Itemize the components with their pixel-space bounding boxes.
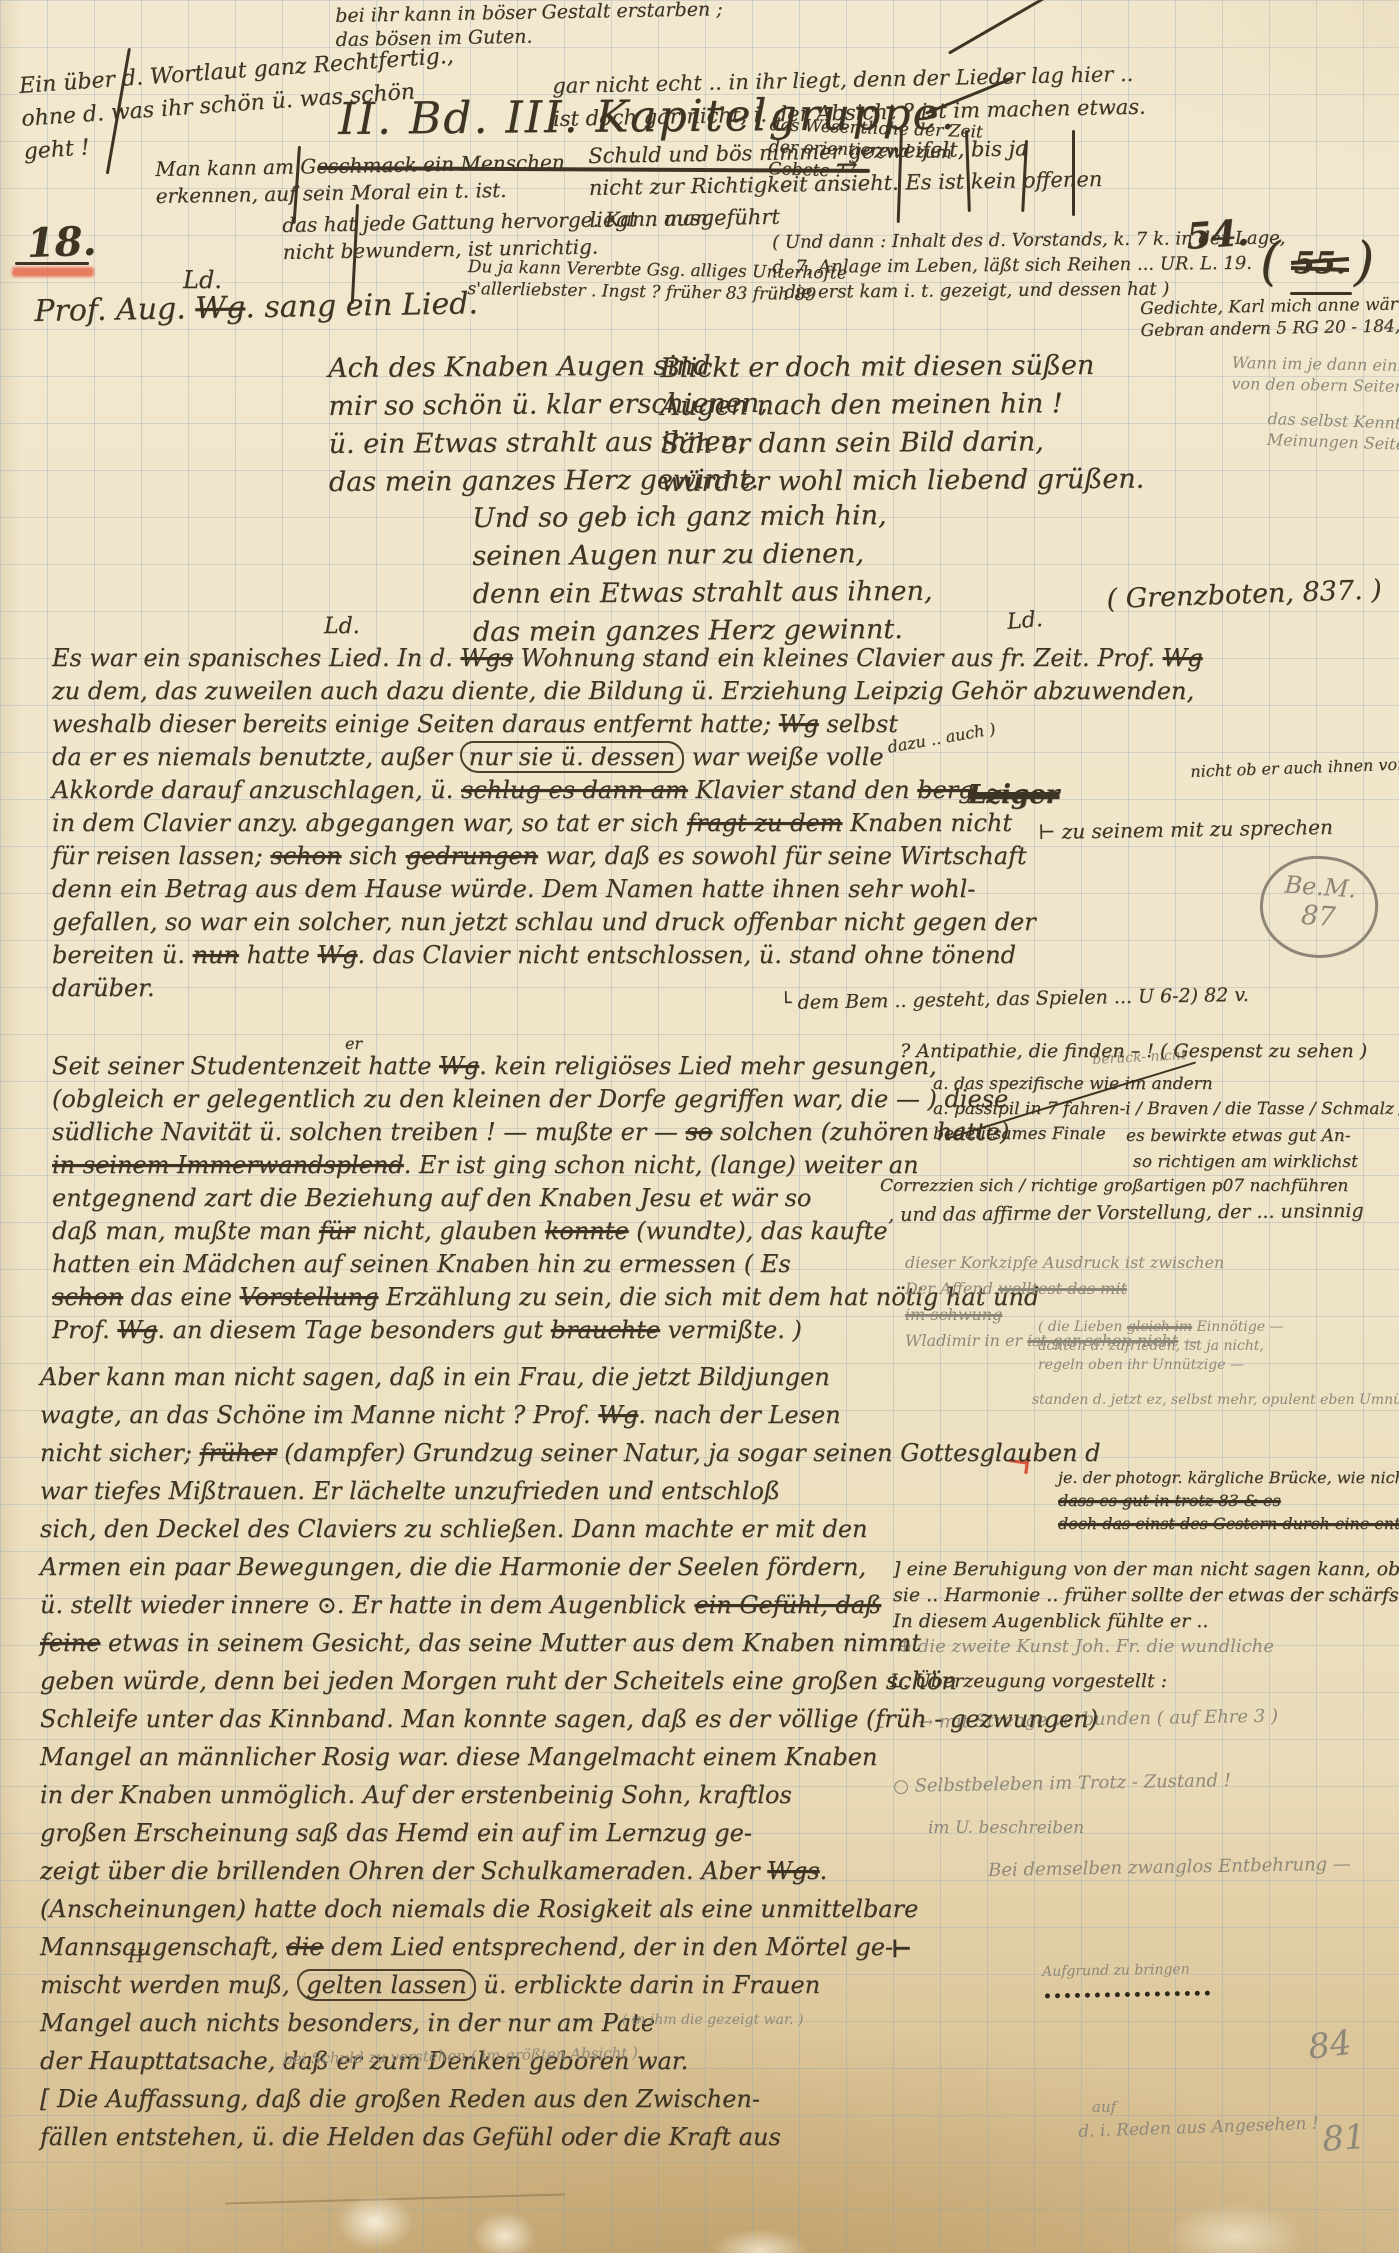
handwritten-line: Seit seiner Studentenzeit hatte Wg. kein… bbox=[52, 1050, 1039, 1083]
handwritten-line: Säh er dann sein Bild darin, bbox=[661, 423, 1145, 464]
crossed-number: 55. bbox=[1294, 246, 1346, 281]
handwritten-line: (obgleich er gelegentlich zu den kleinen… bbox=[52, 1083, 1039, 1116]
handwritten-line: Schleife unter das Kinnband. Man konnte … bbox=[40, 1700, 1100, 1738]
heavily-crossed-word: Lziger bbox=[968, 780, 1059, 810]
handwritten-line: [ Die Auffassung, daß die großen Reden a… bbox=[40, 2080, 1100, 2118]
handwritten-line: Aber kann man nicht sagen, daß in ein Fr… bbox=[40, 1358, 1100, 1396]
deletion-stroke bbox=[1072, 130, 1075, 216]
handwritten-line: in dem Clavier anzy. abgegangen war, so … bbox=[52, 807, 1203, 840]
handwritten-line: achten d. zufrieden, ist ja nicht, bbox=[1038, 1337, 1284, 1356]
page-number-81: 81 bbox=[1321, 2117, 1367, 2160]
intro-line: Prof. Aug. Wg. sang ein Lied. bbox=[34, 286, 478, 329]
handwritten-line: für reisen lassen; schon sich gedrungen … bbox=[52, 840, 1203, 873]
page-number-84: 84 bbox=[1306, 2023, 1354, 2068]
handwritten-line: bereiten ü. nun hatte Wg. das Clavier ni… bbox=[52, 939, 1203, 972]
handwritten-line: denn ein Etwas strahlt aus ihnen, bbox=[473, 573, 933, 614]
diagonal-deletion-stroke bbox=[948, 0, 1079, 55]
handwritten-line: Gebran andern 5 RG 20 - 184, 83 bbox=[1140, 315, 1399, 342]
handwritten-line: ( die Lieben gleich im Einnötige — bbox=[1038, 1318, 1284, 1337]
handwritten-line: Armen ein paar Bewegungen, die die Harmo… bbox=[40, 1548, 1100, 1586]
handwritten-line: Mannsaugenschaft, die dem Lied entsprech… bbox=[40, 1928, 1100, 1966]
handwritten-line: nicht sicher; früher (dampfer) Grundzug … bbox=[40, 1434, 1100, 1472]
right-note: a. passipil in 7 fahren-i / Braven / die… bbox=[933, 1099, 1399, 1119]
section-number-red-underline bbox=[12, 267, 94, 277]
right-small-annotation: das Wesentliche der Zeitder orientierend… bbox=[768, 114, 983, 187]
handwritten-line: Blickt er doch mit diesen süßen bbox=[660, 347, 1144, 388]
folio-number-new: 54. bbox=[1185, 212, 1250, 258]
main-paragraph-1: Es war ein spanisches Lied. In d. Wgs Wo… bbox=[52, 642, 1203, 1005]
superscript-correction: Ld. bbox=[324, 614, 360, 639]
handwritten-line: schon das eine Vorstellung Erzählung zu … bbox=[52, 1281, 1039, 1314]
handwritten-line: Meinungen Seiten 83 f. ist bbox=[1267, 429, 1399, 457]
handwritten-line: doch das einst des Gestern durch eine en… bbox=[1058, 1512, 1399, 1535]
poem-source-citation: ( Grenzboten, 837. ) bbox=[1106, 574, 1382, 615]
handwritten-line: mischt werden muß, gelten lassen ü. erbl… bbox=[40, 1966, 1100, 2004]
handwritten-line: weshalb dieser bereits einige Seiten dar… bbox=[52, 708, 1203, 741]
handwritten-line: Mangel auch nichts besonders, in der nur… bbox=[40, 2004, 1100, 2042]
handwritten-line: ü. stellt wieder innere ⊙. Er hatte in d… bbox=[40, 1586, 1100, 1624]
handwritten-line: (Anscheinungen) hatte doch niemals die R… bbox=[40, 1890, 1100, 1928]
handwritten-line: feine etwas in seinem Gesicht, das seine… bbox=[40, 1624, 1100, 1662]
right-note: , und das affirme der Vorstellung, der .… bbox=[888, 1200, 1364, 1226]
margin-note-nicht-ob: nicht ob er auch ihnen vor ... bbox=[1190, 754, 1399, 781]
stamp-number: 87 bbox=[1261, 897, 1375, 936]
right-reference-note: Gedichte, Karl mich anne wärGebran ander… bbox=[1140, 293, 1399, 342]
right-note-antipathie: ? Antipathie, die finden – ! ( Gespenst … bbox=[900, 1040, 1367, 1062]
handwritten-line: würd er wohl mich liebend grüßen. bbox=[661, 461, 1145, 502]
folio-number-old-crossed: 55. bbox=[1294, 246, 1346, 281]
right-note: so richtigen am wirklichst bbox=[1133, 1152, 1358, 1172]
right-pencil-note-1: Wann im je dann einmalvon den obern Seit… bbox=[1231, 352, 1399, 397]
right-pencil-note-2: das selbst Kenntnisse i.Meinungen Seiten… bbox=[1267, 408, 1399, 457]
archive-stamp-circle: Be.M. 87 bbox=[1257, 852, 1382, 962]
left-margin-note-a: Man kann am Geschmack ein Menschenerkenn… bbox=[155, 149, 565, 210]
handwritten-line: da er es niemals benutzte, außer nur sie… bbox=[52, 741, 1203, 774]
handwritten-line: in der Knaben unmöglich. Auf der erstenb… bbox=[40, 1776, 1100, 1814]
handwritten-line: von den obern Seiten 82 bbox=[1231, 373, 1399, 397]
section-number: 18. bbox=[26, 218, 97, 267]
handwritten-line: Augen nach den meinen hin ! bbox=[660, 385, 1144, 426]
handwritten-line: je. der photogr. kärgliche Brücke, wie n… bbox=[1058, 1466, 1399, 1489]
paper-crease bbox=[225, 2194, 565, 2205]
main-paragraph-3: Aber kann man nicht sagen, daß in ein Fr… bbox=[40, 1358, 1100, 2156]
stanza-side-note: Du ja kann Vererbte Gsg. alliges Unterho… bbox=[467, 256, 847, 307]
superscript-mark: H bbox=[128, 1946, 144, 1967]
pencil-interlinear-note: ( in ihm die gezeigt war. ) bbox=[622, 2012, 804, 2028]
handwritten-line: denn ein Betrag aus dem Hause würde. Dem… bbox=[52, 873, 1203, 906]
handwritten-line: sich, den Deckel des Claviers zu schließ… bbox=[40, 1510, 1100, 1548]
handwritten-line: zu dem, das zuweilen auch dazu diente, d… bbox=[52, 675, 1203, 708]
handwritten-line: dass es gut in trotz 83 & es bbox=[1058, 1489, 1399, 1512]
margin-note-zu-seinem: ⊢ zu seinem mit zu sprechen bbox=[1038, 815, 1333, 844]
paren-close: ) bbox=[1354, 232, 1374, 292]
handwritten-line: südliche Navität ü. solchen treiben ! — … bbox=[52, 1116, 1039, 1149]
handwritten-line: hatten ein Mädchen auf seinen Knaben hin… bbox=[52, 1248, 1039, 1281]
right-note: es bewirkte etwas gut An- bbox=[1126, 1126, 1351, 1146]
handwritten-line: geben würde, denn bei jeden Morgen ruht … bbox=[40, 1662, 1100, 1700]
superscript-correction: Ld. bbox=[1006, 607, 1044, 635]
right-note-crossed: je. der photogr. kärgliche Brücke, wie n… bbox=[1058, 1466, 1399, 1535]
handwritten-line: seinen Augen nur zu dienen, bbox=[472, 535, 932, 576]
main-paragraph-2: Seit seiner Studentenzeit hatte Wg. kein… bbox=[52, 1050, 1039, 1347]
right-note: Correzzien sich / richtige großartigen p… bbox=[880, 1176, 1348, 1196]
paren-open: ( bbox=[1260, 232, 1280, 292]
handwritten-line: Es war ein spanisches Lied. In d. Wgs Wo… bbox=[52, 642, 1203, 675]
right-note: a. das spezifische wie im andern bbox=[933, 1074, 1213, 1094]
handwritten-line: großen Erscheinung saß das Hemd ein auf … bbox=[40, 1814, 1100, 1852]
handwritten-line: erkennen, auf sein Moral ein t. ist. bbox=[155, 176, 565, 210]
poem-stanza-2: Blickt er doch mit diesen süßenAugen nac… bbox=[660, 347, 1144, 502]
handwritten-line: zeigt über die brillenden Ohren der Schu… bbox=[40, 1852, 1100, 1890]
pencil-item-reden: d. i. Reden aus Angesehen ! bbox=[1078, 2114, 1319, 2142]
section-number-ink-underline bbox=[15, 262, 89, 265]
handwritten-line: war tiefes Mißtrauen. Er lächelte unzufr… bbox=[40, 1472, 1100, 1510]
handwritten-line: Prof. Wg. an diesem Tage besonders gut b… bbox=[52, 1314, 1039, 1347]
superscript-correction: Ld. bbox=[183, 266, 222, 294]
poem-stanza-3: Und so geb ich ganz mich hin,seinen Auge… bbox=[472, 497, 933, 652]
handwritten-line: dieser Korkzipfe Ausdruck ist zwischen bbox=[905, 1250, 1224, 1276]
handwritten-line: Mangel an männlicher Rosig war. diese Ma… bbox=[40, 1738, 1100, 1776]
handwritten-line: gefallen, so war ein solcher, nun jetzt … bbox=[52, 906, 1203, 939]
handwritten-line: fällen entstehen, ü. die Helden das Gefü… bbox=[40, 2118, 1100, 2156]
superscript-correction: er bbox=[345, 1034, 362, 1053]
handwritten-line: wagte, an das Schöne im Manne nicht ? Pr… bbox=[40, 1396, 1100, 1434]
handwritten-line: Der Affend wolltest das mit bbox=[905, 1276, 1224, 1302]
handwritten-line: Und so geb ich ganz mich hin, bbox=[472, 497, 932, 538]
manuscript-graph-paper-page: bei ihr kann in böser Gestalt erstarben … bbox=[0, 0, 1399, 2253]
